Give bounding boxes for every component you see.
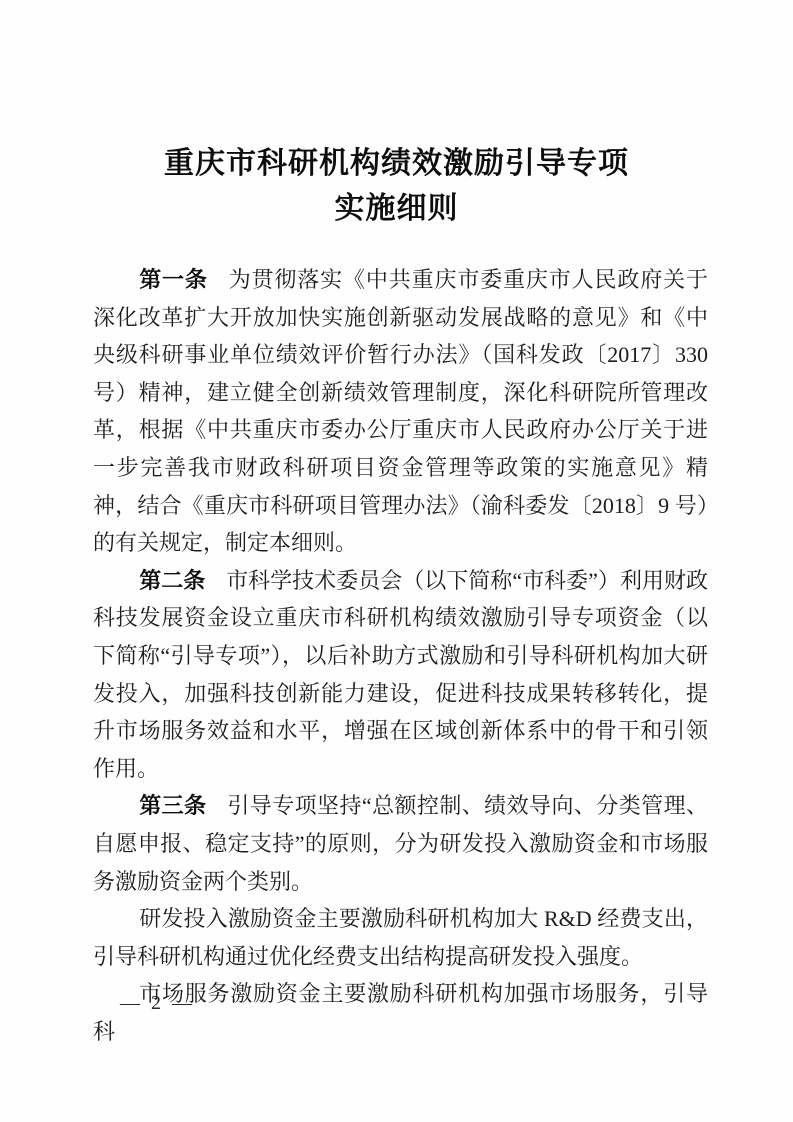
rd-incentive-text: 研发投入激励资金主要激励科研机构加大 R&D 经费支出，引导科研机构通过优化经费… — [93, 906, 708, 969]
title-line-1: 重庆市科研机构绩效激励引导专项 — [0, 141, 793, 186]
document-body: 第一条为贯彻落实《中共重庆市委重庆市人民政府关于深化改革扩大开放加快实施创新驱动… — [93, 261, 708, 1050]
page-number: — 2 — — [120, 992, 195, 1015]
article-1-text: 为贯彻落实《中共重庆市委重庆市人民政府关于深化改革扩大开放加快实施创新驱动发展战… — [93, 267, 708, 555]
article-2-paragraph: 第二条市科学技术委员会（以下简称“市科委”）利用财政科技发展资金设立重庆市科研机… — [93, 562, 708, 788]
article-3-paragraph: 第三条引导专项坚持“总额控制、绩效导向、分类管理、自愿申报、稳定支持”的原则，分… — [93, 787, 708, 900]
article-3-label: 第三条 — [139, 793, 206, 818]
article-1-paragraph: 第一条为贯彻落实《中共重庆市委重庆市人民政府关于深化改革扩大开放加快实施创新驱动… — [93, 261, 708, 562]
article-1-label: 第一条 — [139, 267, 208, 292]
rd-incentive-paragraph: 研发投入激励资金主要激励科研机构加大 R&D 经费支出，引导科研机构通过优化经费… — [93, 900, 708, 975]
article-2-text: 市科学技术委员会（以下简称“市科委”）利用财政科技发展资金设立重庆市科研机构绩效… — [93, 568, 708, 781]
title-line-2: 实施细则 — [0, 186, 793, 231]
document-title: 重庆市科研机构绩效激励引导专项 实施细则 — [0, 0, 793, 231]
document-page: 重庆市科研机构绩效激励引导专项 实施细则 第一条为贯彻落实《中共重庆市委重庆市人… — [0, 0, 793, 1122]
article-2-label: 第二条 — [139, 568, 205, 593]
